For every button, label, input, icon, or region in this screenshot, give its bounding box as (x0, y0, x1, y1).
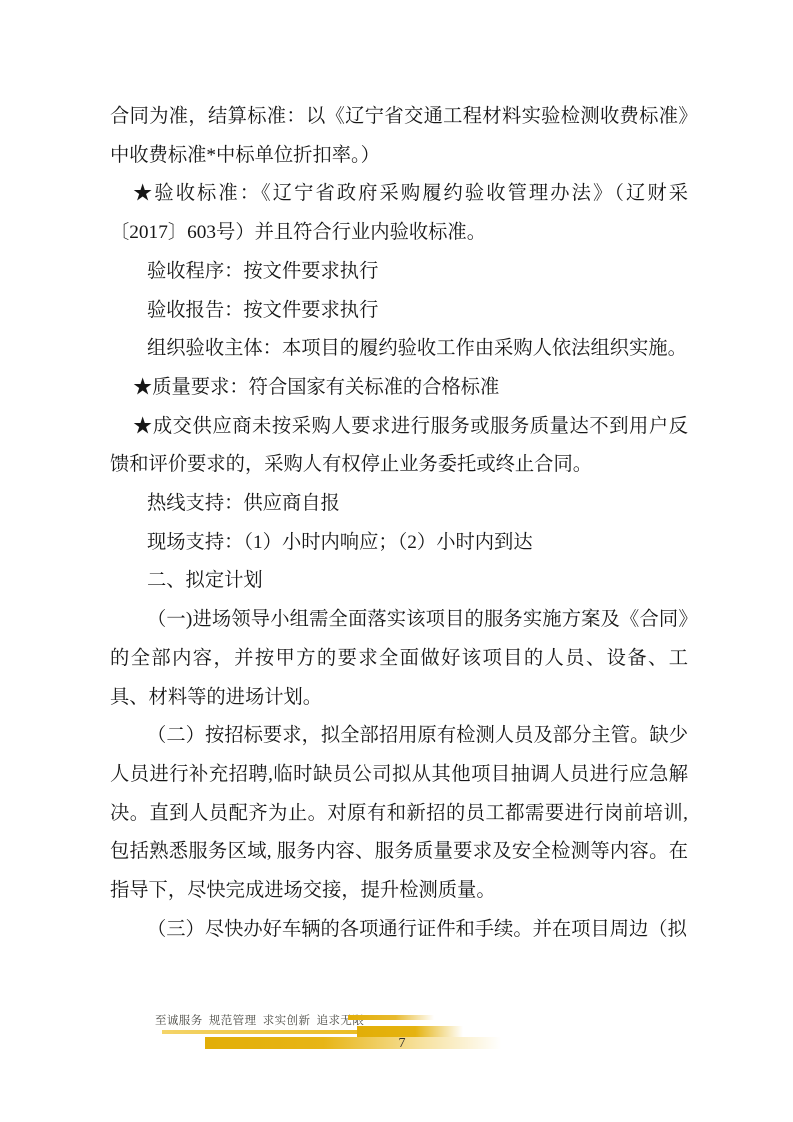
paragraph: ★成交供应商未按采购人要求进行服务或服务质量达不到用户反馈和评价要求的，采购人有… (110, 408, 688, 485)
footer-decoration-bar-top (348, 1015, 434, 1020)
document-body: 合同为准，结算标准：以《辽宁省交通工程材料实验检测收费标准》中收费标准*中标单位… (110, 98, 688, 949)
paragraph: （二）按招标要求，拟全部招用原有检测人员及部分主管。缺少人员进行补充招聘,临时缺… (110, 717, 688, 911)
page-number: 7 (391, 1036, 413, 1052)
paragraph: 热线支持：供应商自报 (110, 485, 688, 524)
footer-decoration-bar-middle-left (162, 1030, 358, 1034)
document-page: 合同为准，结算标准：以《辽宁省交通工程材料实验检测收费标准》中收费标准*中标单位… (0, 0, 793, 1122)
footer-decoration-bar-middle-right (357, 1026, 463, 1037)
paragraph: ★质量要求：符合国家有关标准的合格标准 (110, 369, 688, 408)
paragraph: （一)进场领导小组需全面落实该项目的服务实施方案及《合同》的全部内容，并按甲方的… (110, 601, 688, 717)
footer-decoration-bar-bottom (205, 1037, 501, 1049)
paragraph: 二、拟定计划 (110, 562, 688, 601)
paragraph: 验收报告：按文件要求执行 (110, 292, 688, 331)
paragraph: 现场支持：（1）小时内响应；（2）小时内到达 (110, 524, 688, 563)
paragraph: 组织验收主体：本项目的履约验收工作由采购人依法组织实施。 (110, 330, 688, 369)
paragraph: ★验收标准：《辽宁省政府采购履约验收管理办法》（辽财采〔2017〕603号）并且… (110, 175, 688, 252)
footer-slogan: 至诚服务 规范管理 求实创新 追求无限 (155, 1012, 364, 1028)
paragraph: 验收程序：按文件要求执行 (110, 253, 688, 292)
paragraph: 合同为准，结算标准：以《辽宁省交通工程材料实验检测收费标准》中收费标准*中标单位… (110, 98, 688, 175)
paragraph: （三）尽快办好车辆的各项通行证件和手续。并在项目周边（拟 (110, 911, 688, 950)
